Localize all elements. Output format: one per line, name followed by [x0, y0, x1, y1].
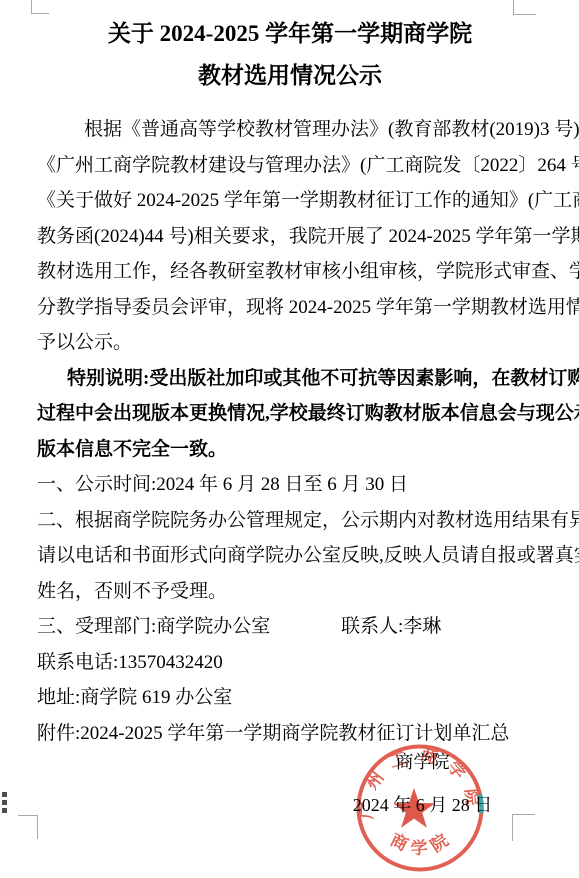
signature-date: 2024 年 6 月 28 日	[330, 793, 515, 817]
intro-line: 分教学指导委员会评审，现将 2024-2025 学年第一学期教材选用情况	[37, 290, 549, 326]
signature-block: 商学院 2024 年 6 月 28 日	[330, 750, 515, 817]
address-line: 地址:商学院 619 办公室	[37, 680, 549, 716]
margin-dot	[2, 792, 7, 797]
intro-line: 予以公示。	[37, 325, 549, 361]
phone-line: 联系电话:13570432420	[37, 645, 549, 681]
intro-line: 教材选用工作，经各教研室教材审核小组审核，学院形式审查、学院	[37, 254, 549, 290]
margin-dot	[2, 808, 7, 813]
accepting-department-label: 三、受理部门:商学院办公室	[37, 616, 270, 637]
svg-text:商学院: 商学院	[387, 826, 457, 859]
item-objection: 二、根据商学院院务办公管理规定，公示期内对教材选用结果有异议， 请以电话和书面形…	[37, 503, 549, 610]
item-publicity-period: 一、公示时间:2024 年 6 月 28 日至 6 月 30 日	[37, 467, 549, 503]
page-title-line-1: 关于 2024-2025 学年第一学期商学院	[16, 13, 564, 55]
page-title: 关于 2024-2025 学年第一学期商学院 教材选用情况公示	[16, 13, 564, 97]
seal-bottom-text: 商学院	[387, 826, 457, 859]
objection-line: 姓名，否则不予受理。	[37, 574, 549, 610]
page-title-line-2: 教材选用情况公示	[16, 55, 564, 97]
objection-line: 二、根据商学院院务办公管理规定，公示期内对教材选用结果有异议，	[37, 503, 549, 539]
crop-mark-bottom-left	[18, 815, 38, 839]
intro-line: 《广州工商学院教材建设与管理办法》(广工商院发〔2022〕264 号 )、	[37, 148, 549, 184]
special-note: 特别说明:受出版社加印或其他不可抗等因素影响，在教材订购 过程中会出现版本更换情…	[37, 361, 549, 468]
note-line: 版本信息不完全一致。	[37, 432, 549, 468]
intro-line: 《关于做好 2024-2025 学年第一学期教材征订工作的通知》(广工商	[37, 183, 549, 219]
margin-dot	[2, 800, 7, 805]
objection-line: 请以电话和书面形式向商学院办公室反映,反映人员请自报或署真实	[37, 538, 549, 574]
document-page: 关于 2024-2025 学年第一学期商学院 教材选用情况公示 根据《普通高等学…	[0, 0, 579, 878]
paragraph-intro: 根据《普通高等学校教材管理办法》(教育部教材(2019)3 号)、 《广州工商学…	[37, 112, 549, 361]
crop-mark-top-left	[31, 0, 49, 14]
signature-org: 商学院	[330, 750, 515, 774]
note-line: 特别说明:受出版社加印或其他不可抗等因素影响，在教材订购	[37, 361, 549, 397]
note-line: 过程中会出现版本更换情况,学校最终订购教材版本信息会与现公示	[37, 396, 549, 432]
intro-line: 根据《普通高等学校教材管理办法》(教育部教材(2019)3 号)、	[37, 112, 549, 148]
contact-person-label: 联系人:李琳	[341, 609, 441, 645]
document-body: 根据《普通高等学校教材管理办法》(教育部教材(2019)3 号)、 《广州工商学…	[37, 112, 549, 751]
crop-mark-bottom-right	[512, 814, 535, 841]
item-accepting-department: 三、受理部门:商学院办公室 联系人:李琳	[37, 609, 549, 645]
intro-line: 教务函(2024)44 号)相关要求，我院开展了 2024-2025 学年第一学…	[37, 219, 549, 255]
